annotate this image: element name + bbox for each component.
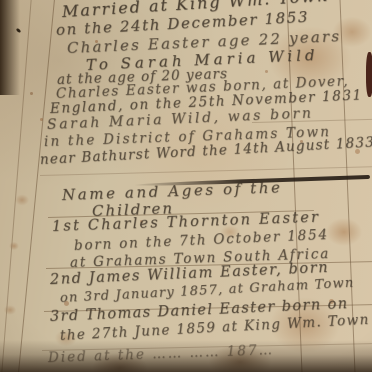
book-edge bbox=[0, 0, 20, 95]
register-page: Married at King Wm. Town on the 24th Dec… bbox=[0, 0, 372, 372]
document-photo: Married at King Wm. Town on the 24th Dec… bbox=[0, 0, 372, 372]
ruled-line bbox=[40, 166, 372, 176]
background-gap bbox=[366, 52, 372, 97]
death-note-line: Died at the …… …… 187… bbox=[48, 342, 275, 366]
